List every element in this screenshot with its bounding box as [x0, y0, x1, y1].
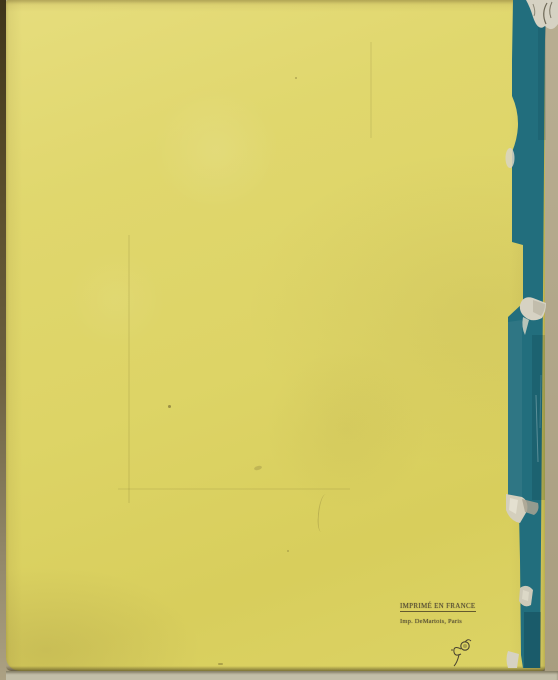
impression-line-vertical [128, 235, 130, 503]
torn-chip-mid-low [519, 586, 533, 606]
spine-scuff [506, 148, 515, 168]
ink-doodle [445, 633, 479, 669]
back-cover [6, 0, 545, 671]
impression-line-vertical-top [370, 42, 372, 138]
imprint-block: IMPRIMÉ EN FRANCE Imp. DeMartois, Paris [400, 595, 480, 625]
paper-speck [168, 405, 171, 408]
spine-tape [500, 0, 558, 680]
imprint-line1: IMPRIMÉ EN FRANCE [400, 603, 476, 612]
photo-frame: IMPRIMÉ EN FRANCE Imp. DeMartois, Paris [0, 0, 558, 680]
torn-chip-bottom [507, 651, 520, 668]
impression-line-horizontal [118, 488, 350, 490]
paper-speck [287, 550, 289, 552]
paper-smudge [254, 465, 263, 471]
paper-speck [218, 663, 223, 665]
background-bottom-strip [0, 671, 558, 680]
paper-speck [295, 77, 297, 79]
imprint-line2: Imp. DeMartois, Paris [400, 618, 480, 625]
crease-mark [317, 494, 331, 533]
